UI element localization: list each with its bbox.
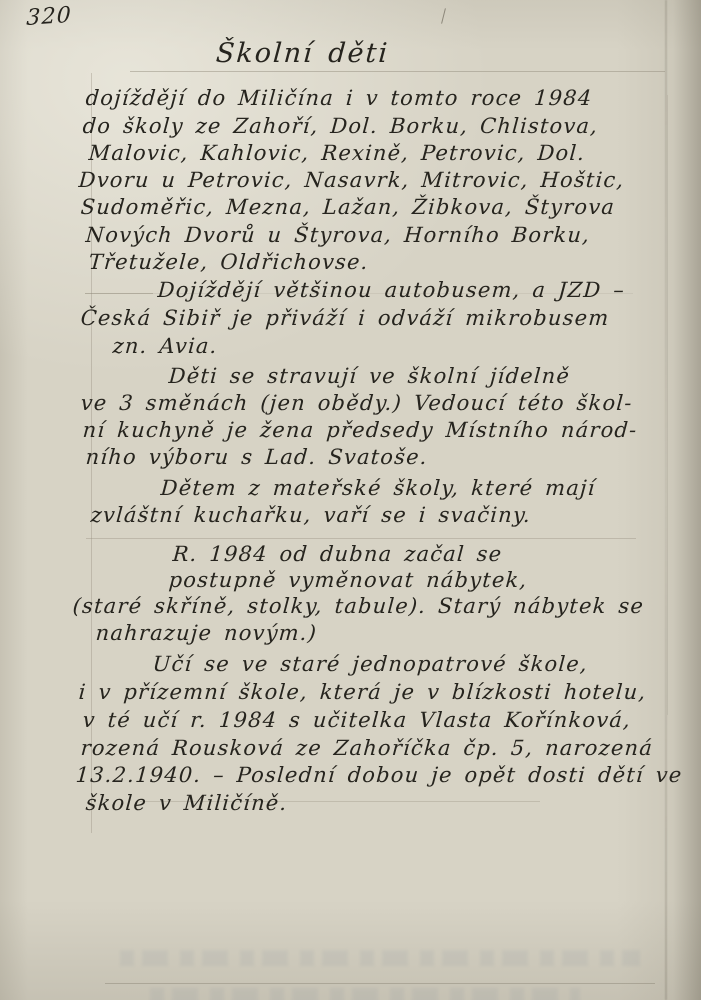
manuscript-line: Nových Dvorů u Štyrova, Horního Borku, (85, 225, 591, 246)
manuscript-line: ní kuchyně je žena předsedy Místního nár… (82, 420, 638, 441)
manuscript-line: Děti se stravují ve školní jídelně (168, 366, 571, 387)
manuscript-line: nahrazuje novým.) (95, 623, 318, 644)
manuscript-line: v té učí r. 1984 s učitelka Vlasta Kořín… (82, 710, 632, 731)
page-number: 320 (26, 5, 72, 30)
bleed-through-text (150, 988, 580, 1000)
manuscript-line: (staré skříně, stolky, tabule). Starý ná… (72, 596, 645, 617)
manuscript-line: Sudoměřic, Mezna, Lažan, Žibkova, Štyrov… (80, 197, 616, 218)
manuscript-line: Dvoru u Petrovic, Nasavrk, Mitrovic, Hoš… (78, 170, 625, 191)
manuscript-line: R. 1984 od dubna začal se (172, 544, 503, 565)
manuscript-line: dojíždějí do Miličína i v tomto roce 198… (85, 88, 593, 109)
manuscript-line: i v přízemní škole, která je v blízkosti… (78, 682, 647, 703)
stray-pencil-mark (441, 8, 446, 24)
manuscript-line: Malovic, Kahlovic, Rexině, Petrovic, Dol… (88, 143, 586, 164)
chronicle-page: 320 Školní děti dojíždějí do Miličína i … (0, 0, 701, 1000)
title-underline (130, 71, 665, 72)
manuscript-line: 13.2.1940. – Poslední dobou je opět dost… (75, 765, 683, 786)
bottom-pencil-line (105, 983, 655, 984)
manuscript-line: škole v Miličíně. (85, 793, 288, 814)
manuscript-line: postupně vyměnovat nábytek, (168, 570, 528, 591)
manuscript-line: zvláštní kuchařku, vaří se i svačiny. (90, 505, 532, 526)
manuscript-line: do školy ze Zahoří, Dol. Borku, Chlistov… (82, 116, 599, 137)
page-title: Školní děti (215, 40, 390, 67)
manuscript-line: Učí se ve staré jednopatrové škole, (152, 654, 589, 675)
manuscript-line: Dětem z mateřské školy, které mají (160, 478, 596, 499)
right-margin-line (667, 95, 668, 715)
manuscript-line: ve 3 směnách (jen obědy.) Vedoucí této š… (80, 393, 633, 414)
manuscript-line: Dojíždějí většinou autobusem, a JZD – (157, 280, 626, 301)
manuscript-line: rozená Rousková ze Zahoříčka čp. 5, naro… (80, 738, 654, 759)
manuscript-line: Česká Sibiř je přiváží i odváží mikrobus… (80, 308, 610, 329)
paragraph-dash-line (85, 293, 153, 294)
manuscript-line: ního výboru s Lad. Svatoše. (85, 447, 428, 468)
page-edge-crease (665, 0, 667, 1000)
manuscript-line: zn. Avia. (112, 336, 218, 357)
manuscript-line: Třetužele, Oldřichovse. (88, 252, 369, 273)
bleed-through-text (120, 950, 640, 966)
section-divider-line (86, 538, 636, 539)
